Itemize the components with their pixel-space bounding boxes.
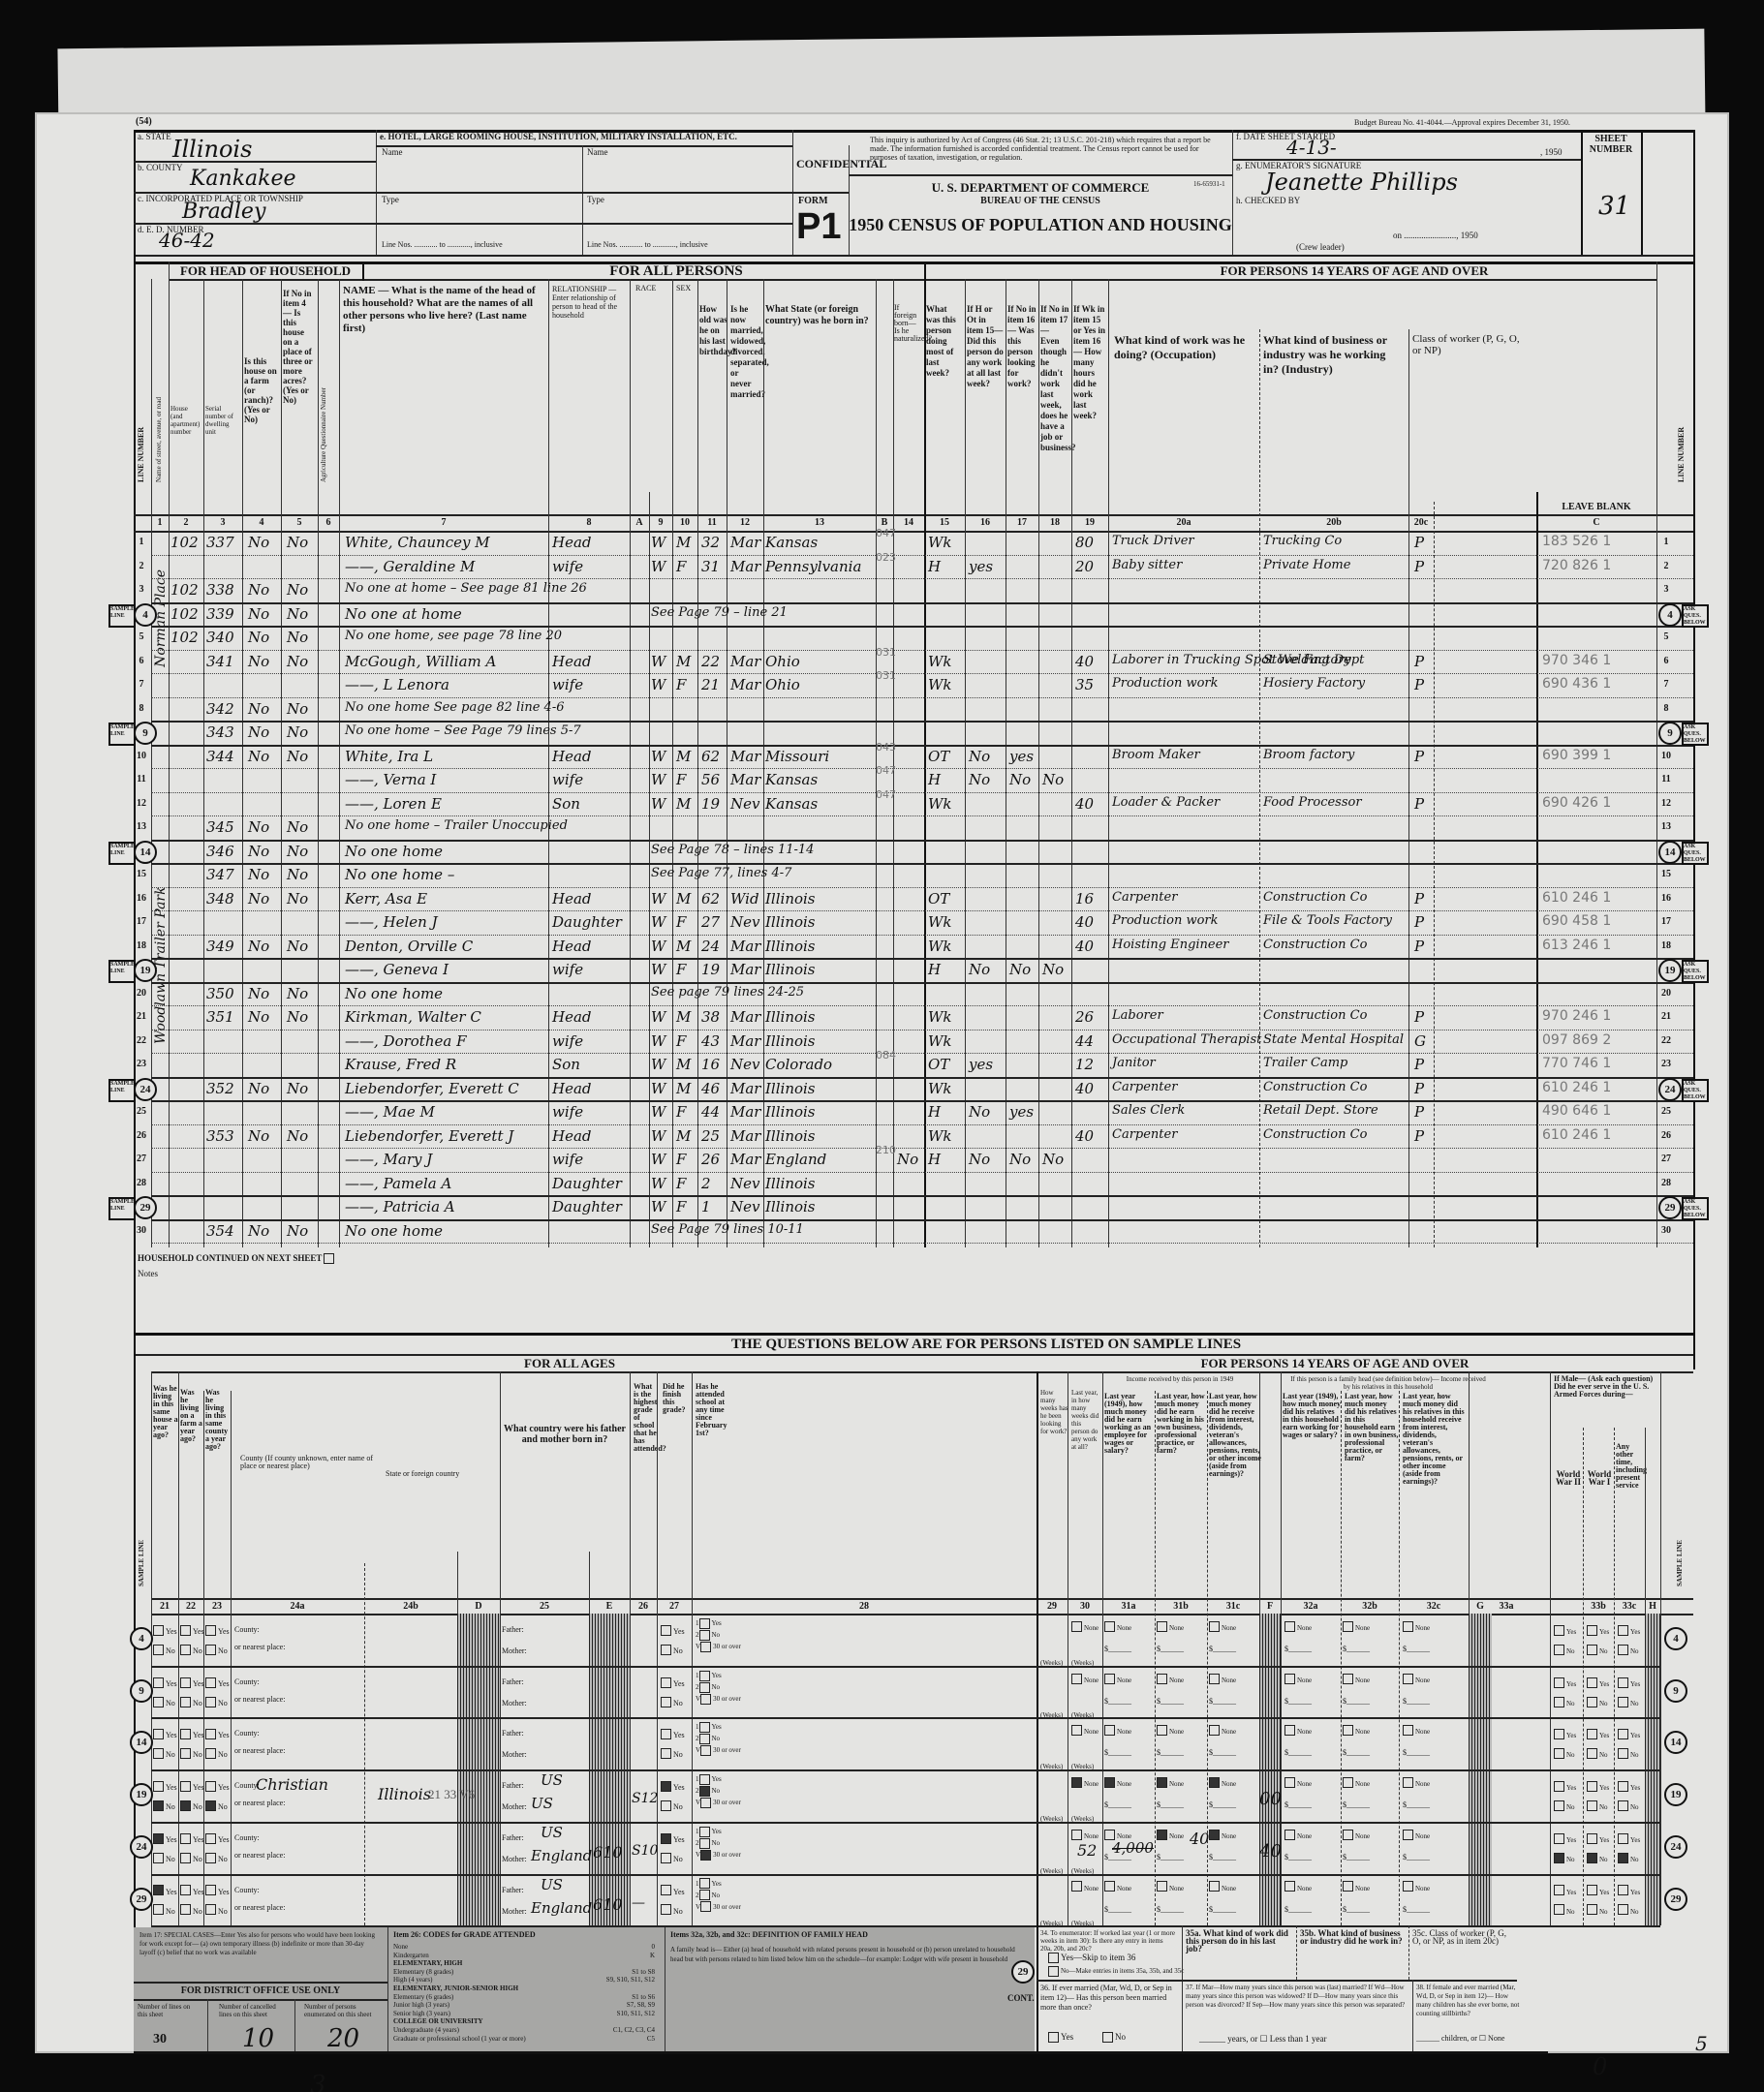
income-amount-field[interactable]: $______	[1284, 1742, 1312, 1760]
q21-no-checkbox[interactable]: No	[153, 1901, 175, 1919]
sample-col-33a-label: World War II	[1554, 1470, 1583, 1486]
income-amount-field[interactable]: $______	[1157, 1847, 1184, 1864]
colnum-4: 4	[242, 517, 281, 528]
mother-label: Mother:	[502, 1641, 527, 1658]
income-amount-field[interactable]: $______	[1343, 1795, 1370, 1812]
income-none-checkbox[interactable]: None	[1403, 1826, 1430, 1843]
cell-race: W	[651, 748, 665, 765]
cell-birthplace: Illinois	[765, 938, 816, 955]
q23-no-checkbox[interactable]: No	[205, 1901, 228, 1919]
cell-marital: Mar	[730, 1008, 760, 1026]
finish-yes-checkbox[interactable]: Yes	[661, 1621, 685, 1639]
income-none-checkbox[interactable]: None	[1104, 1721, 1131, 1738]
cell-q17: yes	[1009, 1103, 1034, 1121]
q23-yes-checkbox[interactable]: Yes	[205, 1725, 230, 1742]
cell-serial: 346	[206, 843, 234, 860]
bureau: BUREAU OF THE CENSUS	[849, 196, 1232, 206]
cont-label: CONT.	[1007, 1993, 1035, 2003]
q36-no-checkbox[interactable]	[1102, 2032, 1113, 2043]
colnum-19: 19	[1071, 517, 1108, 528]
q21-no-checkbox[interactable]: No	[153, 1849, 175, 1866]
armed-yes-checkbox[interactable]: Yes	[1554, 1830, 1576, 1847]
income-amount-field[interactable]: $______	[1403, 1639, 1430, 1656]
armed-no-checkbox[interactable]: No	[1554, 1744, 1575, 1762]
armed-yes-checkbox[interactable]: Yes	[1618, 1777, 1640, 1795]
colnum-15: 15	[924, 517, 965, 528]
grade-code-item: KindergartenK	[393, 1952, 655, 1960]
q23-no-checkbox[interactable]: No	[205, 1849, 228, 1866]
income-amount-field[interactable]: $______	[1343, 1899, 1370, 1917]
cell-farm: No	[248, 890, 269, 908]
weeks-worked-value: 52	[1077, 1841, 1097, 1860]
father-label: Father:	[502, 1828, 524, 1845]
code-e: 610	[593, 1843, 623, 1861]
income-none-checkbox[interactable]: None	[1403, 1878, 1430, 1895]
cell-acres: No	[287, 1080, 308, 1097]
ask-questions-below: ASK QUES. BELOW	[1682, 604, 1709, 628]
income-none-checkbox[interactable]: None	[1104, 1617, 1131, 1635]
income-none-checkbox[interactable]: None	[1104, 1773, 1131, 1791]
income-none-checkbox[interactable]: None	[1157, 1617, 1184, 1635]
cell-farm: No	[248, 748, 269, 765]
sample-colnum: 29	[1037, 1601, 1068, 1612]
father-label: Father:	[502, 1723, 524, 1740]
income-amount-field[interactable]: $______	[1104, 1899, 1131, 1917]
income-header: Income received by this person in 1949	[1112, 1375, 1248, 1383]
cell-code-c: 610 246 1	[1542, 1127, 1611, 1143]
cell-marital: Nev	[730, 795, 759, 813]
armed-no-checkbox[interactable]: No	[1587, 1693, 1608, 1710]
cell-rel: wife	[552, 1032, 583, 1050]
q23-no-checkbox[interactable]: No	[205, 1693, 228, 1710]
cell-marital: Mar	[730, 961, 760, 978]
q21-yes-checkbox[interactable]: Yes	[153, 1830, 177, 1847]
cell-sex: F	[676, 771, 686, 788]
q23-no-checkbox[interactable]: No	[205, 1744, 228, 1762]
income-amount-field[interactable]: $______	[1343, 1639, 1370, 1656]
line-number: 15	[1658, 869, 1674, 879]
income-amount-field[interactable]: $______	[1403, 1795, 1430, 1812]
finish-no-checkbox[interactable]: No	[661, 1693, 683, 1710]
armed-no-checkbox[interactable]: No	[1587, 1849, 1608, 1866]
col-9-label: RACE	[635, 285, 674, 292]
q22-no-checkbox[interactable]: No	[180, 1901, 202, 1919]
checked-on: on ........................, 1950	[1393, 231, 1478, 240]
armed-yes-checkbox[interactable]: Yes	[1618, 1725, 1640, 1742]
q22-no-checkbox[interactable]: No	[180, 1693, 202, 1710]
income-amount-field[interactable]: $______	[1209, 1742, 1236, 1760]
cell-q16: No	[969, 748, 990, 765]
cell-occupation: Sales Clerk	[1112, 1103, 1185, 1118]
cell-sex: F	[676, 558, 686, 575]
cell-class: P	[1414, 1080, 1424, 1097]
q22-no-checkbox[interactable]: No	[180, 1641, 202, 1658]
cell-race: See Page 79 – line 21	[651, 605, 788, 620]
q22-yes-checkbox[interactable]: Yes	[180, 1725, 204, 1742]
q34-yes-checkbox[interactable]	[1048, 1953, 1059, 1963]
income-none-checkbox[interactable]: None	[1403, 1773, 1430, 1791]
income-amount-field[interactable]: $______	[1157, 1795, 1184, 1812]
form-id: P1	[796, 207, 841, 246]
weeks-worked-none[interactable]: None	[1071, 1773, 1099, 1791]
armed-no-checkbox[interactable]: No	[1554, 1797, 1575, 1814]
sample-line-label-left: SAMPLE LINE	[138, 1540, 145, 1586]
line-number: 28	[1658, 1178, 1674, 1188]
armed-yes-checkbox[interactable]: Yes	[1587, 1830, 1609, 1847]
armed-yes-checkbox[interactable]: Yes	[1618, 1830, 1640, 1847]
household-continued-checkbox[interactable]	[324, 1253, 334, 1264]
income-none-checkbox[interactable]: None	[1403, 1721, 1430, 1738]
income-none-checkbox[interactable]: None	[1343, 1670, 1370, 1687]
q23-yes-checkbox[interactable]: Yes	[205, 1621, 230, 1639]
cell-name: McGough, William A	[345, 653, 496, 670]
income-amount-field[interactable]: $______	[1209, 1795, 1236, 1812]
q23-yes-checkbox[interactable]: Yes	[205, 1830, 230, 1847]
income-amount-field[interactable]: $______	[1284, 1847, 1312, 1864]
q23-yes-checkbox[interactable]: Yes	[205, 1882, 230, 1899]
nearest-place-label: or nearest place:	[234, 1797, 293, 1807]
income-amount-field[interactable]: $______	[1343, 1742, 1370, 1760]
line-number: 3	[1658, 584, 1674, 595]
date-year: , 1950	[1540, 147, 1563, 157]
cell-marital: Mar	[730, 748, 760, 765]
cell-birthplace: Colorado	[765, 1056, 832, 1073]
income-none-checkbox[interactable]: None	[1343, 1826, 1370, 1843]
ask-questions-below: ASK QUES. BELOW	[1682, 723, 1709, 746]
q36-yes-label: Yes	[1061, 2032, 1073, 2042]
cell-name: No one home –	[345, 866, 454, 883]
income-amount-field[interactable]: $______	[1104, 1742, 1131, 1760]
income-none-checkbox[interactable]: None	[1157, 1670, 1184, 1687]
cell-q18: No	[1042, 771, 1064, 788]
income-none-checkbox[interactable]: None	[1209, 1670, 1236, 1687]
cell-class: P	[1414, 1008, 1424, 1026]
income-none-checkbox[interactable]: None	[1209, 1617, 1236, 1635]
finish-yes-checkbox[interactable]: Yes	[661, 1777, 685, 1795]
income-none-checkbox[interactable]: None	[1157, 1721, 1184, 1738]
q21-yes-checkbox[interactable]: Yes	[153, 1725, 177, 1742]
school-attendance-options[interactable]: 1Yes2NoV30 or over	[696, 1721, 741, 1756]
nearest-place-label: or nearest place:	[234, 1693, 293, 1704]
sample-colnum: 31a	[1102, 1601, 1155, 1612]
cell-name: No one home See page 82 line 4-6	[345, 700, 564, 715]
armed-no-checkbox[interactable]: No	[1587, 1901, 1608, 1919]
budget-note: Budget Bureau No. 41-4044.—Approval expi…	[1354, 119, 1570, 127]
cell-sex: F	[676, 961, 686, 978]
line-number: 8	[1658, 703, 1674, 714]
weeks-looking-label: (Weeks)	[1040, 1861, 1063, 1878]
income-amount-field[interactable]: $______	[1209, 1691, 1236, 1708]
margin-mark: 5	[1695, 2032, 1708, 2055]
finish-no-checkbox[interactable]: No	[661, 1744, 683, 1762]
income-amount-field[interactable]: $______	[1403, 1847, 1430, 1864]
income-none-checkbox[interactable]: None	[1284, 1617, 1312, 1635]
cell-class: P	[1414, 748, 1424, 765]
q23-yes-checkbox[interactable]: Yes	[205, 1674, 230, 1691]
line-number: 1	[134, 537, 149, 547]
income-amount-field[interactable]: $______	[1403, 1899, 1430, 1917]
income-none-checkbox[interactable]: None	[1104, 1878, 1131, 1895]
cell-q16: No	[969, 1103, 990, 1121]
finish-yes-checkbox[interactable]: Yes	[661, 1830, 685, 1847]
income-none-checkbox[interactable]: None	[1209, 1773, 1236, 1791]
finish-no-checkbox[interactable]: No	[661, 1797, 683, 1814]
income-none-checkbox[interactable]: None	[1157, 1773, 1184, 1791]
sample-col-23-label: Was he living in this same county a year…	[205, 1389, 229, 1451]
armed-yes-checkbox[interactable]: Yes	[1554, 1882, 1576, 1899]
department: U. S. DEPARTMENT OF COMMERCE	[849, 180, 1232, 196]
q22-no-checkbox[interactable]: No	[180, 1797, 202, 1814]
income-none-checkbox[interactable]: None	[1157, 1826, 1184, 1843]
grade-code-label: COLLEGE OR UNIVERSITY	[393, 2017, 483, 2026]
sample-line-marker: 9	[1658, 722, 1682, 745]
income-amount-field[interactable]: $______	[1343, 1691, 1370, 1708]
income-amount-field[interactable]: $______	[1104, 1691, 1131, 1708]
cell-industry: Private Home	[1263, 558, 1350, 572]
armed-no-checkbox[interactable]: No	[1554, 1693, 1575, 1710]
armed-no-checkbox[interactable]: No	[1618, 1901, 1639, 1919]
finish-yes-checkbox[interactable]: Yes	[661, 1674, 685, 1691]
cell-industry: Stove Factory	[1263, 653, 1351, 667]
armed-yes-checkbox[interactable]: Yes	[1554, 1725, 1576, 1742]
income-none-checkbox[interactable]: None	[1284, 1670, 1312, 1687]
income-amount-field[interactable]: $______	[1403, 1742, 1430, 1760]
armed-yes-checkbox[interactable]: Yes	[1587, 1882, 1609, 1899]
code-f: 00	[1259, 1789, 1282, 1809]
q22-yes-checkbox[interactable]: Yes	[180, 1777, 204, 1795]
school-attendance-options[interactable]: 1Yes2NoV30 or over	[696, 1773, 741, 1808]
finish-no-checkbox[interactable]: No	[661, 1849, 683, 1866]
county-label: County:	[234, 1672, 260, 1689]
cell-marital: Wid	[730, 890, 759, 908]
cell-q18: No	[1042, 1151, 1064, 1168]
cell-activity: H	[928, 1103, 941, 1121]
q22-no-checkbox[interactable]: No	[180, 1849, 202, 1866]
finish-yes-checkbox[interactable]: Yes	[661, 1882, 685, 1899]
income-amount-field[interactable]: $______	[1157, 1691, 1184, 1708]
line-number: 2	[1658, 561, 1674, 571]
grade-code-label: Elementary (6 grades)	[393, 1993, 453, 2002]
cell-farm: No	[248, 866, 269, 883]
cell-industry: Food Processor	[1263, 795, 1362, 810]
q22-yes-checkbox[interactable]: Yes	[180, 1621, 204, 1639]
q21-yes-checkbox[interactable]: Yes	[153, 1674, 177, 1691]
q35c-text: 35c. Class of worker (P, G, O, or NP, as…	[1412, 1929, 1509, 1945]
line-number: 20	[1658, 988, 1674, 999]
cell-class: P	[1414, 534, 1424, 551]
grade-code-label: Graduate or professional school (1 year …	[393, 2035, 526, 2044]
q34-no-checkbox[interactable]	[1048, 1966, 1059, 1977]
income-amount-field[interactable]: $______	[1209, 1847, 1236, 1864]
income-none-checkbox[interactable]: None	[1209, 1721, 1236, 1738]
q22-yes-checkbox[interactable]: Yes	[180, 1674, 204, 1691]
q21-yes-checkbox[interactable]: Yes	[153, 1777, 177, 1795]
cell-name: White, Chauncey M	[345, 534, 490, 551]
income-amount-field[interactable]: $______	[1157, 1742, 1184, 1760]
q38-tail: ______ children, or ☐ None	[1416, 2034, 1504, 2044]
income-none-checkbox[interactable]: None	[1343, 1878, 1370, 1895]
income-amount-field[interactable]: $______	[1157, 1899, 1184, 1917]
school-attendance-options[interactable]: 1Yes2NoV30 or over	[696, 1617, 741, 1652]
cell-industry: Construction Co	[1263, 890, 1367, 905]
income-amount-field[interactable]: $______	[1284, 1795, 1312, 1812]
cell-activity: H	[928, 771, 941, 788]
cell-activity: Wk	[928, 1032, 952, 1050]
line-number: 7	[1658, 679, 1674, 690]
armed-yes-checkbox[interactable]: Yes	[1587, 1777, 1609, 1795]
sheet-number-label: SHEET NUMBER	[1587, 134, 1635, 155]
q21-no-checkbox[interactable]: No	[153, 1797, 175, 1814]
sample-line-marker: 4	[1664, 1627, 1687, 1650]
armed-no-checkbox[interactable]: No	[1587, 1797, 1608, 1814]
cell-acres: No	[287, 843, 308, 860]
q22-yes-checkbox[interactable]: Yes	[180, 1830, 204, 1847]
armed-yes-checkbox[interactable]: Yes	[1587, 1674, 1609, 1691]
cell-name: ——, L Lenora	[345, 676, 449, 693]
armed-no-checkbox[interactable]: No	[1587, 1744, 1608, 1762]
sample-line-marker: 14	[1658, 841, 1682, 864]
income-none-checkbox[interactable]: None	[1157, 1878, 1184, 1895]
cell-name: ——, Geraldine M	[345, 558, 475, 575]
income-note: 40	[1190, 1830, 1209, 1848]
family-income-header: If this person is a family head (see def…	[1286, 1375, 1490, 1391]
colnum-9: 9	[649, 517, 672, 528]
line-number: 5	[1658, 631, 1674, 642]
income-none-checkbox[interactable]: None	[1104, 1670, 1131, 1687]
income-amount-field[interactable]: $______	[1403, 1691, 1430, 1708]
income-amount-field[interactable]: $______	[1284, 1691, 1312, 1708]
armed-no-checkbox[interactable]: No	[1618, 1849, 1639, 1866]
q23-yes-checkbox[interactable]: Yes	[205, 1777, 230, 1795]
armed-yes-checkbox[interactable]: Yes	[1587, 1725, 1609, 1742]
cell-age: 26	[701, 1151, 720, 1168]
line-number: 7	[134, 679, 149, 690]
cell-sex: M	[676, 1080, 691, 1097]
armed-no-checkbox[interactable]: No	[1554, 1641, 1575, 1658]
line-number: 30	[1658, 1225, 1674, 1236]
cell-hours: 40	[1075, 1127, 1094, 1145]
armed-no-checkbox[interactable]: No	[1587, 1641, 1608, 1658]
county-value: Christian	[256, 1775, 328, 1794]
q36-no-label: No	[1115, 2032, 1126, 2042]
income-none-checkbox[interactable]: None	[1343, 1721, 1370, 1738]
father-label: Father:	[502, 1775, 524, 1793]
armed-yes-checkbox[interactable]: Yes	[1618, 1674, 1640, 1691]
income-none-checkbox[interactable]: None	[1403, 1617, 1430, 1635]
income-none-checkbox[interactable]: None	[1284, 1878, 1312, 1895]
cell-q16: yes	[969, 1056, 993, 1073]
income-none-checkbox[interactable]: None	[1284, 1721, 1312, 1738]
armed-no-checkbox[interactable]: No	[1618, 1744, 1639, 1762]
armed-no-checkbox[interactable]: No	[1618, 1641, 1639, 1658]
armed-yes-checkbox[interactable]: Yes	[1554, 1621, 1576, 1639]
father-label: Father:	[502, 1619, 524, 1637]
colnum-16: 16	[965, 517, 1006, 528]
income-amount-field[interactable]: $______	[1284, 1899, 1312, 1917]
q23-no-checkbox[interactable]: No	[205, 1641, 228, 1658]
grade-code-value: C1, C2, C3, C4	[613, 2026, 655, 2035]
armed-yes-checkbox[interactable]: Yes	[1554, 1777, 1576, 1795]
cell-age: 31	[701, 558, 720, 575]
cell-code-b: 047	[876, 788, 896, 801]
income-amount-field[interactable]: $______	[1209, 1899, 1236, 1917]
weeks-worked-none[interactable]: None	[1071, 1617, 1099, 1635]
income-amount-field[interactable]: $______	[1284, 1639, 1312, 1656]
cell-sex: M	[676, 795, 691, 813]
armed-yes-checkbox[interactable]: Yes	[1587, 1621, 1609, 1639]
q21-no-checkbox[interactable]: No	[153, 1744, 175, 1762]
income-none-checkbox[interactable]: None	[1343, 1617, 1370, 1635]
col-19-label: If Wk in item 15 or Yes in item 16— How …	[1073, 304, 1106, 421]
cell-occupation: Carpenter	[1112, 1080, 1177, 1094]
q21-no-checkbox[interactable]: No	[153, 1693, 175, 1710]
school-attendance-options[interactable]: 1Yes2NoV30 or over	[696, 1878, 741, 1913]
cell-birthplace: Illinois	[765, 961, 816, 978]
school-attendance-options[interactable]: 1Yes2NoV30 or over	[696, 1826, 741, 1861]
county-label: County:	[234, 1880, 260, 1897]
income-amount-field[interactable]: $______	[1209, 1639, 1236, 1656]
q21-no-checkbox[interactable]: No	[153, 1641, 175, 1658]
q21-yes-checkbox[interactable]: Yes	[153, 1882, 177, 1899]
school-attendance-options[interactable]: 1Yes2NoV30 or over	[696, 1670, 741, 1705]
date-value: 4-13-	[1286, 136, 1337, 159]
cell-occupation: Laborer	[1112, 1008, 1163, 1023]
line-number: 12	[134, 798, 149, 809]
cell-occupation: Carpenter	[1112, 1127, 1177, 1142]
armed-no-checkbox[interactable]: No	[1618, 1797, 1639, 1814]
q21-yes-checkbox[interactable]: Yes	[153, 1621, 177, 1639]
cell-code-c: 490 646 1	[1542, 1103, 1611, 1119]
income-amount-field[interactable]: $______	[1343, 1847, 1370, 1864]
finish-yes-checkbox[interactable]: Yes	[661, 1725, 685, 1742]
income-none-checkbox[interactable]: None	[1284, 1773, 1312, 1791]
cell-farm: No	[248, 818, 269, 836]
income-none-checkbox[interactable]: None	[1343, 1773, 1370, 1791]
q36-yes-checkbox[interactable]	[1048, 2032, 1059, 2043]
finish-no-checkbox[interactable]: No	[661, 1901, 683, 1919]
sample-line-marker: 19	[1658, 959, 1682, 982]
armed-yes-checkbox[interactable]: Yes	[1618, 1882, 1640, 1899]
income-none-checkbox[interactable]: None	[1209, 1878, 1236, 1895]
cell-serial: 348	[206, 890, 234, 908]
finish-no-checkbox[interactable]: No	[661, 1641, 683, 1658]
colnum-2: 2	[169, 517, 203, 528]
income-none-checkbox[interactable]: None	[1284, 1826, 1312, 1843]
line-number: 17	[1658, 916, 1674, 927]
cell-farm: No	[248, 1080, 269, 1097]
q36-yes: Yes	[1048, 2032, 1073, 2043]
armed-no-checkbox[interactable]: No	[1554, 1849, 1575, 1866]
q22-yes-checkbox[interactable]: Yes	[180, 1882, 204, 1899]
weeks-worked-none[interactable]: None	[1071, 1721, 1099, 1738]
income-amount-field[interactable]: $______	[1104, 1795, 1131, 1812]
income-none-checkbox[interactable]: None	[1403, 1670, 1430, 1687]
armed-yes-checkbox[interactable]: Yes	[1554, 1674, 1576, 1691]
cell-serial: 339	[206, 605, 234, 623]
armed-yes-checkbox[interactable]: Yes	[1618, 1621, 1640, 1639]
armed-no-checkbox[interactable]: No	[1554, 1901, 1575, 1919]
income-amount-field[interactable]: $______	[1157, 1639, 1184, 1656]
weeks-worked-none[interactable]: None	[1071, 1878, 1099, 1895]
armed-no-checkbox[interactable]: No	[1618, 1693, 1639, 1710]
q23-no-checkbox[interactable]: No	[205, 1797, 228, 1814]
q22-no-checkbox[interactable]: No	[180, 1744, 202, 1762]
income-amount-field[interactable]: $______	[1104, 1639, 1131, 1656]
income-none-checkbox[interactable]: None	[1209, 1826, 1236, 1843]
weeks-worked-none[interactable]: None	[1071, 1670, 1099, 1687]
cell-acres: No	[287, 723, 308, 741]
line-number: 2	[134, 561, 149, 571]
